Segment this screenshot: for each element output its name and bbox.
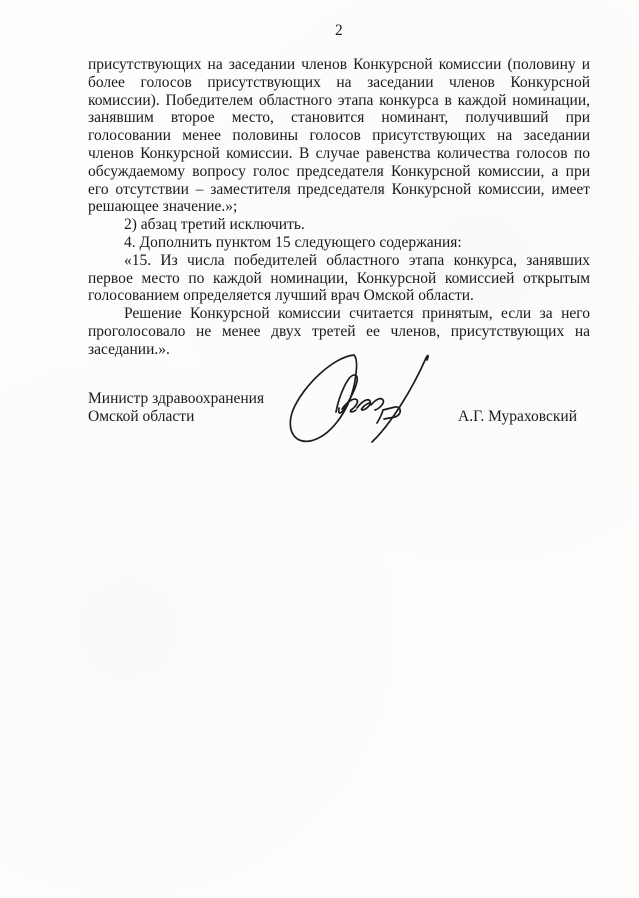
signatory-title-line1: Министр здравоохранения <box>88 390 264 408</box>
paragraph-clause-15: «15. Из числа победителей областного эта… <box>88 252 590 305</box>
document-page: 2 присутствующих на заседании членов Кон… <box>0 0 639 898</box>
handwritten-signature-icon <box>278 348 450 450</box>
paragraph-continuation: присутствующих на заседании членов Конку… <box>88 56 590 216</box>
page-number: 2 <box>88 22 590 40</box>
signatory-title: Министр здравоохранения Омской области <box>88 390 264 425</box>
paragraph-item-4: 4. Дополнить пунктом 15 следующего содер… <box>88 234 590 252</box>
document-body: присутствующих на заседании членов Конку… <box>88 56 590 359</box>
signatory-name: А.Г. Мураховский <box>458 408 577 426</box>
signatory-title-line2: Омской области <box>88 408 264 426</box>
paragraph-subitem-2: 2) абзац третий исключить. <box>88 216 590 234</box>
